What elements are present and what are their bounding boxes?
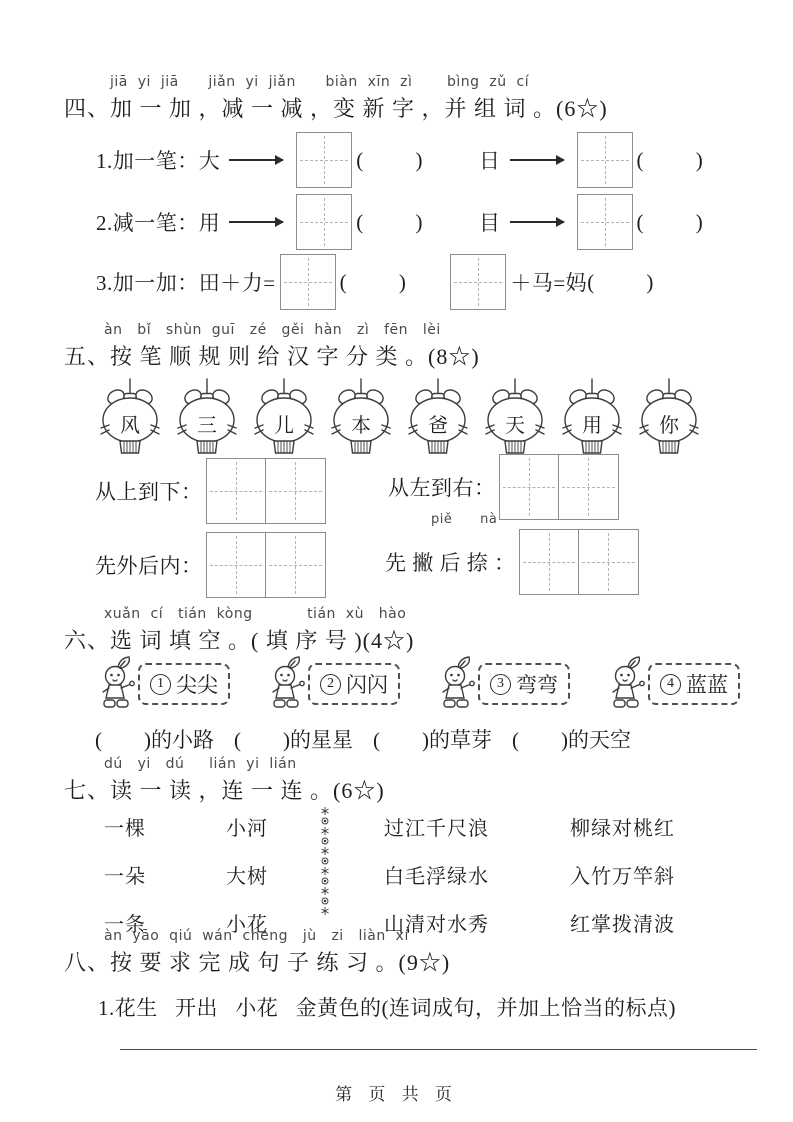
option-box: 4 蓝蓝 bbox=[648, 663, 740, 705]
word-option: 4 蓝蓝 bbox=[608, 656, 740, 712]
section-4-pinyin: jiā yi jiā jiǎn yi jiǎn biàn xīn zì bìng… bbox=[110, 74, 529, 90]
row-suffix: ＋马=妈 bbox=[510, 267, 587, 297]
spacer bbox=[423, 222, 479, 223]
arrow-right-icon bbox=[229, 159, 283, 161]
writing-grid bbox=[519, 529, 639, 595]
arrow-right-icon bbox=[510, 221, 564, 223]
lantern-char: 本 bbox=[327, 409, 395, 438]
lantern-char: 你 bbox=[635, 409, 703, 438]
writing-grid bbox=[206, 532, 326, 598]
elf-mascot-icon bbox=[98, 656, 136, 712]
fill-blank: ( )的天空 bbox=[512, 724, 631, 754]
answer-blank: ( ) bbox=[587, 270, 654, 295]
exercise-row-add-stroke: 1.加一笔：大 ( ) 日 ( ) bbox=[96, 132, 703, 188]
row-prefix: 3.加一加：田＋力= bbox=[96, 267, 276, 297]
lantern-char: 三 bbox=[173, 409, 241, 438]
writing-box bbox=[450, 254, 506, 310]
lantern: 儿 bbox=[250, 378, 318, 458]
lantern-row: 风 三 bbox=[96, 378, 703, 458]
category-left-to-right: 从左到右： bbox=[388, 454, 619, 520]
lantern: 用 bbox=[558, 378, 626, 458]
arrow-right-icon bbox=[510, 159, 564, 161]
lantern: 天 bbox=[481, 378, 549, 458]
match-item: 一朵 bbox=[104, 860, 146, 889]
category-label: 从左到右： bbox=[388, 472, 496, 502]
match-column-measure-words: 一棵 一朵 一条 bbox=[104, 812, 146, 937]
writing-grid bbox=[206, 458, 326, 524]
section-6-title: 六、选 词 填 空 。( 填 序 号 )(4☆) bbox=[64, 624, 414, 655]
lantern-char: 天 bbox=[481, 409, 549, 438]
writing-box bbox=[296, 194, 352, 250]
answer-blank: ( ) bbox=[356, 210, 423, 235]
elf-mascot-icon bbox=[268, 656, 306, 712]
writing-box bbox=[577, 194, 633, 250]
sentence-exercise-item: 1.花生 开出 小花 金黄色的(连词成句，并加上恰当的标点) bbox=[98, 992, 676, 1022]
category-outside-then-inside: 先外后内： bbox=[95, 532, 326, 598]
answer-blank: ( ) bbox=[340, 270, 407, 295]
option-box: 2 闪闪 bbox=[308, 663, 400, 705]
match-item: 柳绿对桃红 bbox=[570, 812, 675, 841]
lantern: 爸 bbox=[404, 378, 472, 458]
option-box: 1 尖尖 bbox=[138, 663, 230, 705]
lantern-char: 儿 bbox=[250, 409, 318, 438]
fill-blank: ( )的星星 bbox=[234, 724, 353, 754]
option-number: 1 bbox=[150, 674, 171, 695]
option-number: 3 bbox=[490, 674, 511, 695]
answer-blank: ( ) bbox=[356, 148, 423, 173]
lantern: 你 bbox=[635, 378, 703, 458]
lantern: 本 bbox=[327, 378, 395, 458]
lantern-char: 风 bbox=[96, 409, 164, 438]
elf-mascot-icon bbox=[608, 656, 646, 712]
match-column-verses: 过江千尺浪 白毛浮绿水 山清对水秀 bbox=[384, 812, 489, 937]
category-label: 先 撇 后 捺 ： bbox=[385, 547, 516, 577]
section-4-title: 四、加 一 加 ，减 一 减 ，变 新 字 ，并 组 词 。(6☆) bbox=[64, 92, 608, 123]
section-5-title: 五、按 笔 顺 规 则 给 汉 字 分 类 。(8☆) bbox=[64, 340, 480, 371]
option-word: 蓝蓝 bbox=[686, 669, 728, 699]
lantern: 风 bbox=[96, 378, 164, 458]
elf-mascot-icon bbox=[438, 656, 476, 712]
page-footer: 第 页 共 页 bbox=[0, 1080, 793, 1105]
option-number: 4 bbox=[660, 674, 681, 695]
answer-blank: ( ) bbox=[637, 148, 704, 173]
source-char: 目 bbox=[479, 207, 501, 237]
lantern-char: 用 bbox=[558, 409, 626, 438]
row-prefix: 1.加一笔：大 bbox=[96, 145, 220, 175]
row-prefix: 2.减一笔：用 bbox=[96, 207, 220, 237]
section-5-pinyin: àn bǐ shùn guī zé gěi hàn zì fēn lèi bbox=[104, 322, 441, 338]
match-item: 大树 bbox=[226, 860, 268, 889]
category-label: 从上到下： bbox=[95, 476, 203, 506]
match-item: 过江千尺浪 bbox=[384, 812, 489, 841]
answer-blank: ( ) bbox=[637, 210, 704, 235]
writing-box bbox=[296, 132, 352, 188]
word-option: 1 尖尖 bbox=[98, 656, 230, 712]
match-column-verse-pairs: 柳绿对桃红 入竹万竿斜 红掌拨清波 bbox=[570, 812, 675, 937]
source-char: 日 bbox=[479, 145, 501, 175]
spacer bbox=[406, 282, 446, 283]
lantern-char: 爸 bbox=[404, 409, 472, 438]
match-item: 白毛浮绿水 bbox=[384, 860, 489, 889]
footer-divider bbox=[120, 1049, 757, 1050]
arrow-right-icon bbox=[229, 221, 283, 223]
worksheet-page: jiā yi jiā jiǎn yi jiǎn biàn xīn zì bìng… bbox=[0, 0, 793, 1122]
option-word: 弯弯 bbox=[516, 669, 558, 699]
lantern: 三 bbox=[173, 378, 241, 458]
section-7-title: 七、读 一 读 ，连 一 连 。(6☆) bbox=[64, 774, 385, 805]
word-option: 2 闪闪 bbox=[268, 656, 400, 712]
word-options-row: 1 尖尖 2 闪闪 bbox=[98, 656, 740, 712]
option-number: 2 bbox=[320, 674, 341, 695]
writing-box bbox=[280, 254, 336, 310]
section-7-pinyin: dú yi dú lián yi lián bbox=[104, 756, 297, 772]
match-item: 入竹万竿斜 bbox=[570, 860, 675, 889]
match-item: 小河 bbox=[226, 812, 268, 841]
writing-grid bbox=[499, 454, 619, 520]
spacer bbox=[423, 160, 479, 161]
section-6-pinyin: xuǎn cí tián kòng tián xù hào bbox=[104, 606, 406, 622]
section-8-title: 八、按 要 求 完 成 句 子 练 习 。(9☆) bbox=[64, 946, 450, 977]
match-column-nouns: 小河 大树 小花 bbox=[226, 812, 268, 937]
word-option: 3 弯弯 bbox=[438, 656, 570, 712]
divider-ornament-icon bbox=[318, 806, 332, 920]
option-word: 尖尖 bbox=[176, 669, 218, 699]
section-8-pinyin: àn yāo qiú wán chéng jù zi liàn xí bbox=[104, 928, 409, 944]
category-top-to-bottom: 从上到下： bbox=[95, 458, 326, 524]
fill-blank: ( )的小路 bbox=[95, 724, 214, 754]
category-pinyin: piě nà bbox=[385, 512, 639, 527]
option-box: 3 弯弯 bbox=[478, 663, 570, 705]
category-label: 先外后内： bbox=[95, 550, 203, 580]
option-word: 闪闪 bbox=[346, 669, 388, 699]
fill-blank: ( )的草芽 bbox=[373, 724, 492, 754]
category-pie-then-na: piě nà 先 撇 后 捺 ： bbox=[385, 512, 639, 595]
match-item: 红掌拨清波 bbox=[570, 908, 675, 937]
fill-blank-row: ( )的小路 ( )的星星 ( )的草芽 ( )的天空 bbox=[95, 724, 631, 754]
exercise-row-remove-stroke: 2.减一笔：用 ( ) 目 ( ) bbox=[96, 194, 703, 250]
writing-box bbox=[577, 132, 633, 188]
exercise-row-combine: 3.加一加：田＋力= ( ) ＋马=妈 ( ) bbox=[96, 254, 654, 310]
match-item: 一棵 bbox=[104, 812, 146, 841]
